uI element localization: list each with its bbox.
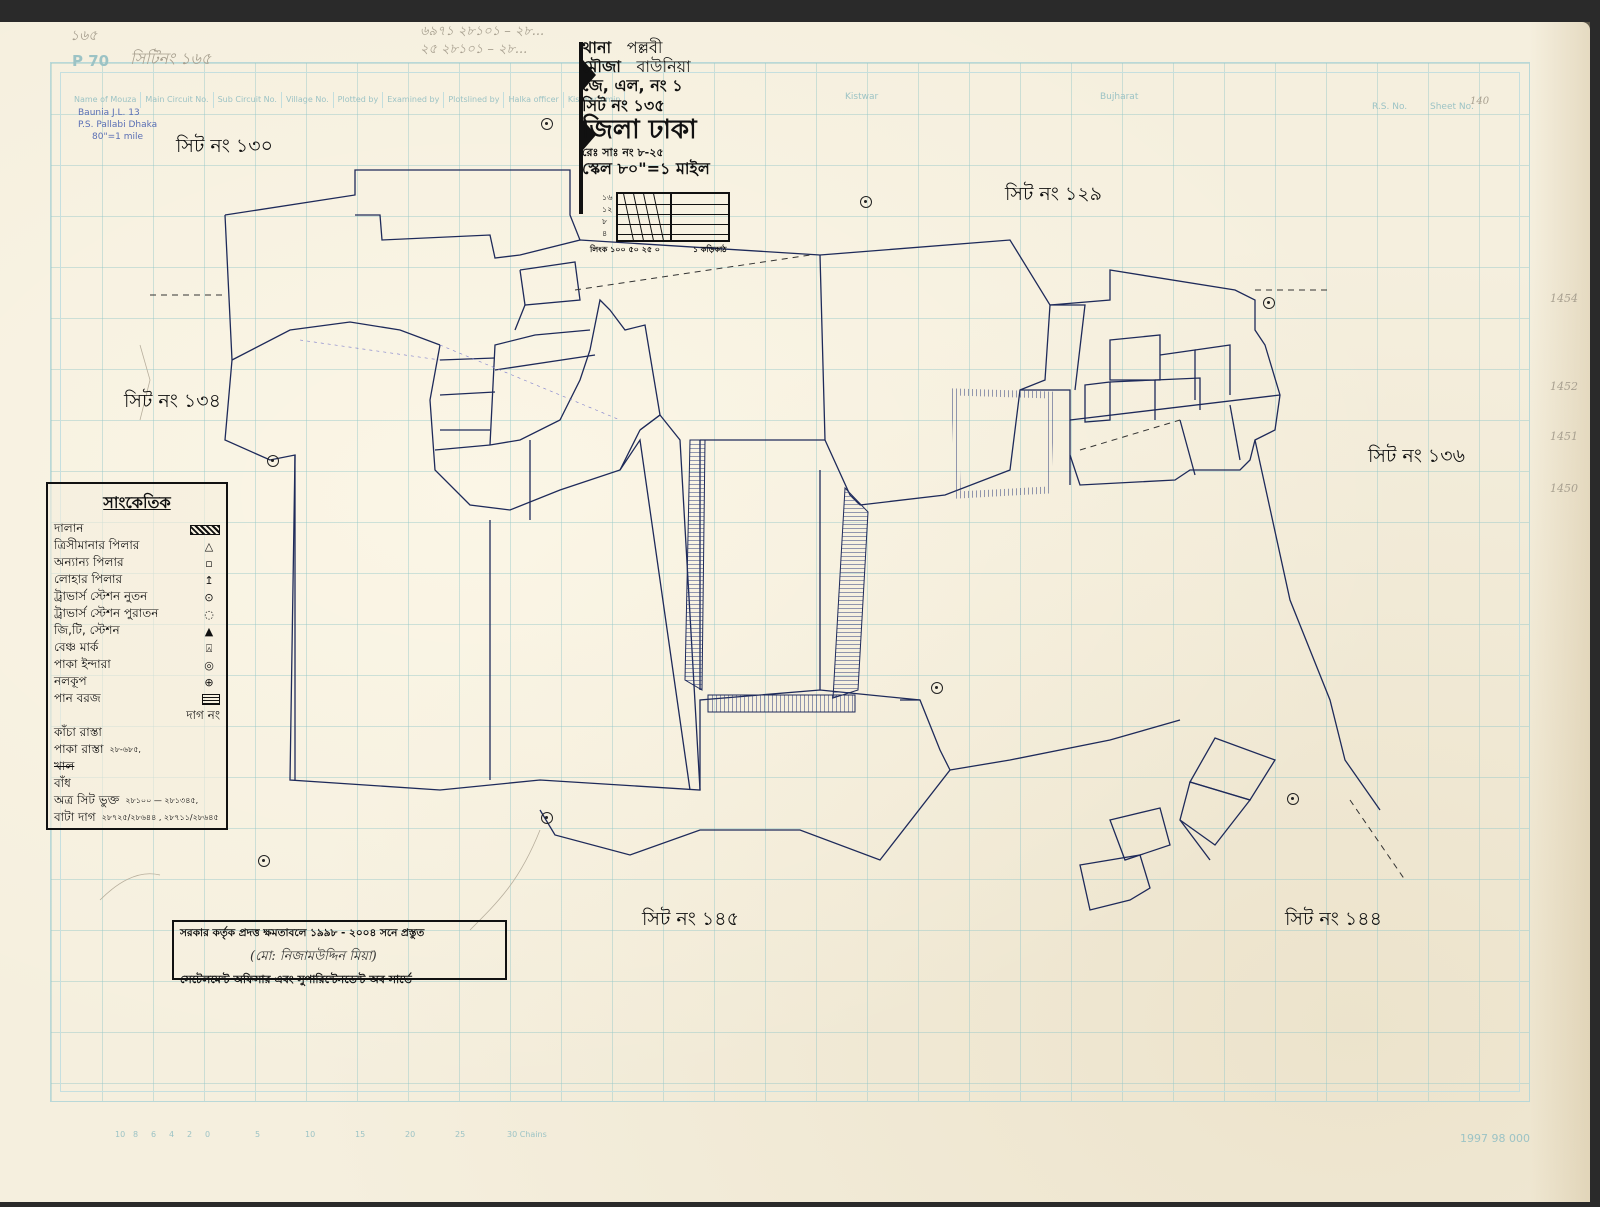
revenue-survey-number: রেঃ সাঃ নং ৮-২৫ [568, 146, 788, 159]
triangle-icon: △ [198, 540, 220, 553]
legend-item-traverse-old: ট্রাভার্স স্টেশন পুরাতন ◌ [54, 606, 220, 623]
scale-x-label: লিংক ১০০ ৫০ ২৫ ০ [590, 245, 660, 254]
margin-number: 1451 [1550, 430, 1578, 443]
legend-item-gt-station: জি,টি, স্টেশন ▲ [54, 623, 220, 640]
traverse-station-icon [541, 118, 553, 130]
legend-item-trijunction-pillar: ত্রিসীমানার পিলার △ [54, 538, 220, 555]
legend-item-pucca-well: পাকা ইন্দারা ◎ [54, 657, 220, 674]
chain-tick: 25 [455, 1130, 465, 1139]
adjacent-sheet-east: সিট নং ১৩৬ [1368, 442, 1465, 474]
traverse-station-new-icon: ⊙ [198, 591, 220, 604]
traverse-station-icon [258, 855, 270, 867]
chain-tick: 15 [355, 1130, 365, 1139]
legend-item-plots-in-sheet: অত্র সিট ভুক্ত ২৮১০০ — ২৮১৩৪৫, [54, 793, 220, 810]
thana-label: থানা [582, 38, 611, 57]
legend-item-plot-number: দাগ নং [54, 708, 220, 725]
district-name: জিলা ঢাকা [568, 115, 788, 146]
legend-item-embankment: বাঁধ [54, 776, 220, 793]
mouza-value: বাউনিয়া [637, 57, 691, 76]
chain-tick: 6 [151, 1130, 156, 1139]
bottom-right-code: 1997 98 000 [1460, 1132, 1530, 1145]
traverse-station-icon [541, 812, 553, 824]
chain-tick: 2 [187, 1130, 192, 1139]
legend-item-bench-mark: বেঞ্চ মার্ক ⍓ [54, 640, 220, 657]
adjacent-sheet-south: সিট নং ১৪৫ [642, 905, 739, 937]
sheet-number: সিট নং ১৩৫ [568, 96, 788, 115]
legend-item-tubewell: নলকূপ ⊕ [54, 674, 220, 691]
margin-number: 1454 [1550, 292, 1578, 305]
traverse-station-old-icon: ◌ [198, 608, 220, 621]
scale-y-tick: ১২ [602, 204, 612, 216]
tubewell-icon: ⊕ [198, 676, 220, 689]
chain-tick: 0 [205, 1130, 210, 1139]
chain-tick: 10 [115, 1130, 125, 1139]
parcel-boundaries [0, 0, 1600, 1207]
legend-item-canal: খাল [54, 759, 220, 776]
certification-box: সরকার কর্তৃক প্রদত্ত ক্ষমতাবলে ১৯৯৮ - ২০… [172, 920, 507, 980]
diagonal-scale-bar [616, 192, 730, 242]
traverse-station-icon [267, 455, 279, 467]
legend-item-split-plots: বাটা দাগ ২৮৭২৫/২৮৬৪৪ , ২৮৭১১/২৮৬৪৫ [54, 810, 220, 827]
scale-y-tick: ৮ [602, 216, 612, 228]
chain-tick: 8 [133, 1130, 138, 1139]
scale-bar-x-labels: লিংক ১০০ ৫০ ২৫ ০ ১ কড়িকাঠ [590, 244, 727, 257]
thana-value: পল্লবী [627, 38, 663, 57]
legend-item-building: দালান [54, 521, 220, 538]
jl-number: জে, এল, নং ১ [568, 76, 788, 95]
legend-item-kutcha-road: কাঁচা রাস্তা [54, 725, 220, 742]
legend-title: সাংকেতিক [54, 490, 220, 517]
legend-item-traverse-new: ট্রাভার্স স্টেশন নুতন ⊙ [54, 589, 220, 606]
legend-item-betel-garden: পান বরজ [54, 691, 220, 708]
legend-item-other-pillar: অন্যান্য পিলার ▫ [54, 555, 220, 572]
chain-tick: 10 [305, 1130, 315, 1139]
mouza-line: মৌজা বাউনিয়া [568, 57, 788, 76]
traverse-station-icon [1263, 297, 1275, 309]
pucca-well-icon: ◎ [198, 659, 220, 672]
traverse-station-icon [1287, 793, 1299, 805]
officer-signature: (মো: নিজামউদ্দিন মিয়া) [250, 947, 499, 968]
traverse-station-icon [931, 682, 943, 694]
adjacent-sheet-south-east: সিট নং ১৪৪ [1285, 905, 1382, 937]
betel-garden-icon [202, 694, 220, 705]
chain-tick: 20 [405, 1130, 415, 1139]
margin-number: 1450 [1550, 482, 1578, 495]
legend-item-pucca-road: পাকা রাস্তা ২৮-৬৮৫, [54, 742, 220, 759]
authority-text: সরকার কর্তৃক প্রদত্ত ক্ষমতাবলে ১৯৯৮ - ২০… [180, 926, 499, 943]
map-legend: সাংকেতিক দালান ত্রিসীমানার পিলার △ অন্যা… [46, 482, 228, 830]
chain-tick: 4 [169, 1130, 174, 1139]
scale-x-end-label: ১ কড়িকাঠ [693, 245, 727, 254]
adjacent-sheet-north-west: সিট নং ১৩০ [176, 132, 273, 164]
chain-scale: 10 8 6 4 2 0 5 10 15 20 25 30 Chains [115, 1070, 615, 1132]
gt-station-icon: ▲ [198, 625, 220, 638]
title-block: থানা পল্লবী মৌজা বাউনিয়া জে, এল, নং ১ স… [568, 38, 788, 178]
square-pillar-icon: ▫ [198, 557, 220, 570]
adjacent-sheet-north-east: সিট নং ১২৯ [1005, 180, 1102, 212]
iron-pillar-icon: ↥ [198, 574, 220, 587]
margin-number: 1452 [1550, 380, 1578, 393]
mouza-label: মৌজা [582, 57, 621, 76]
scale-y-tick: ৪ [602, 228, 612, 240]
adjacent-sheet-west: সিট নং ১৩৪ [124, 387, 221, 419]
hatched-building-icon [190, 525, 220, 535]
bench-mark-icon: ⍓ [198, 642, 220, 656]
legend-item-iron-pillar: লোহার পিলার ↥ [54, 572, 220, 589]
traverse-station-icon [860, 196, 872, 208]
chain-tick: 30 Chains [507, 1130, 547, 1139]
chain-tick: 5 [255, 1130, 260, 1139]
scale-y-tick: ১৬ [602, 192, 612, 204]
officer-designation: সেটেলমেন্ট অফিসার এবং সুপারিন্টেনডেন্ট অ… [180, 971, 499, 990]
map-scale: স্কেল ৮০"=১ মাইল [568, 159, 788, 178]
thana-line: থানা পল্লবী [568, 38, 788, 57]
scale-bar-y-labels: ১৬ ১২ ৮ ৪ [602, 192, 612, 240]
